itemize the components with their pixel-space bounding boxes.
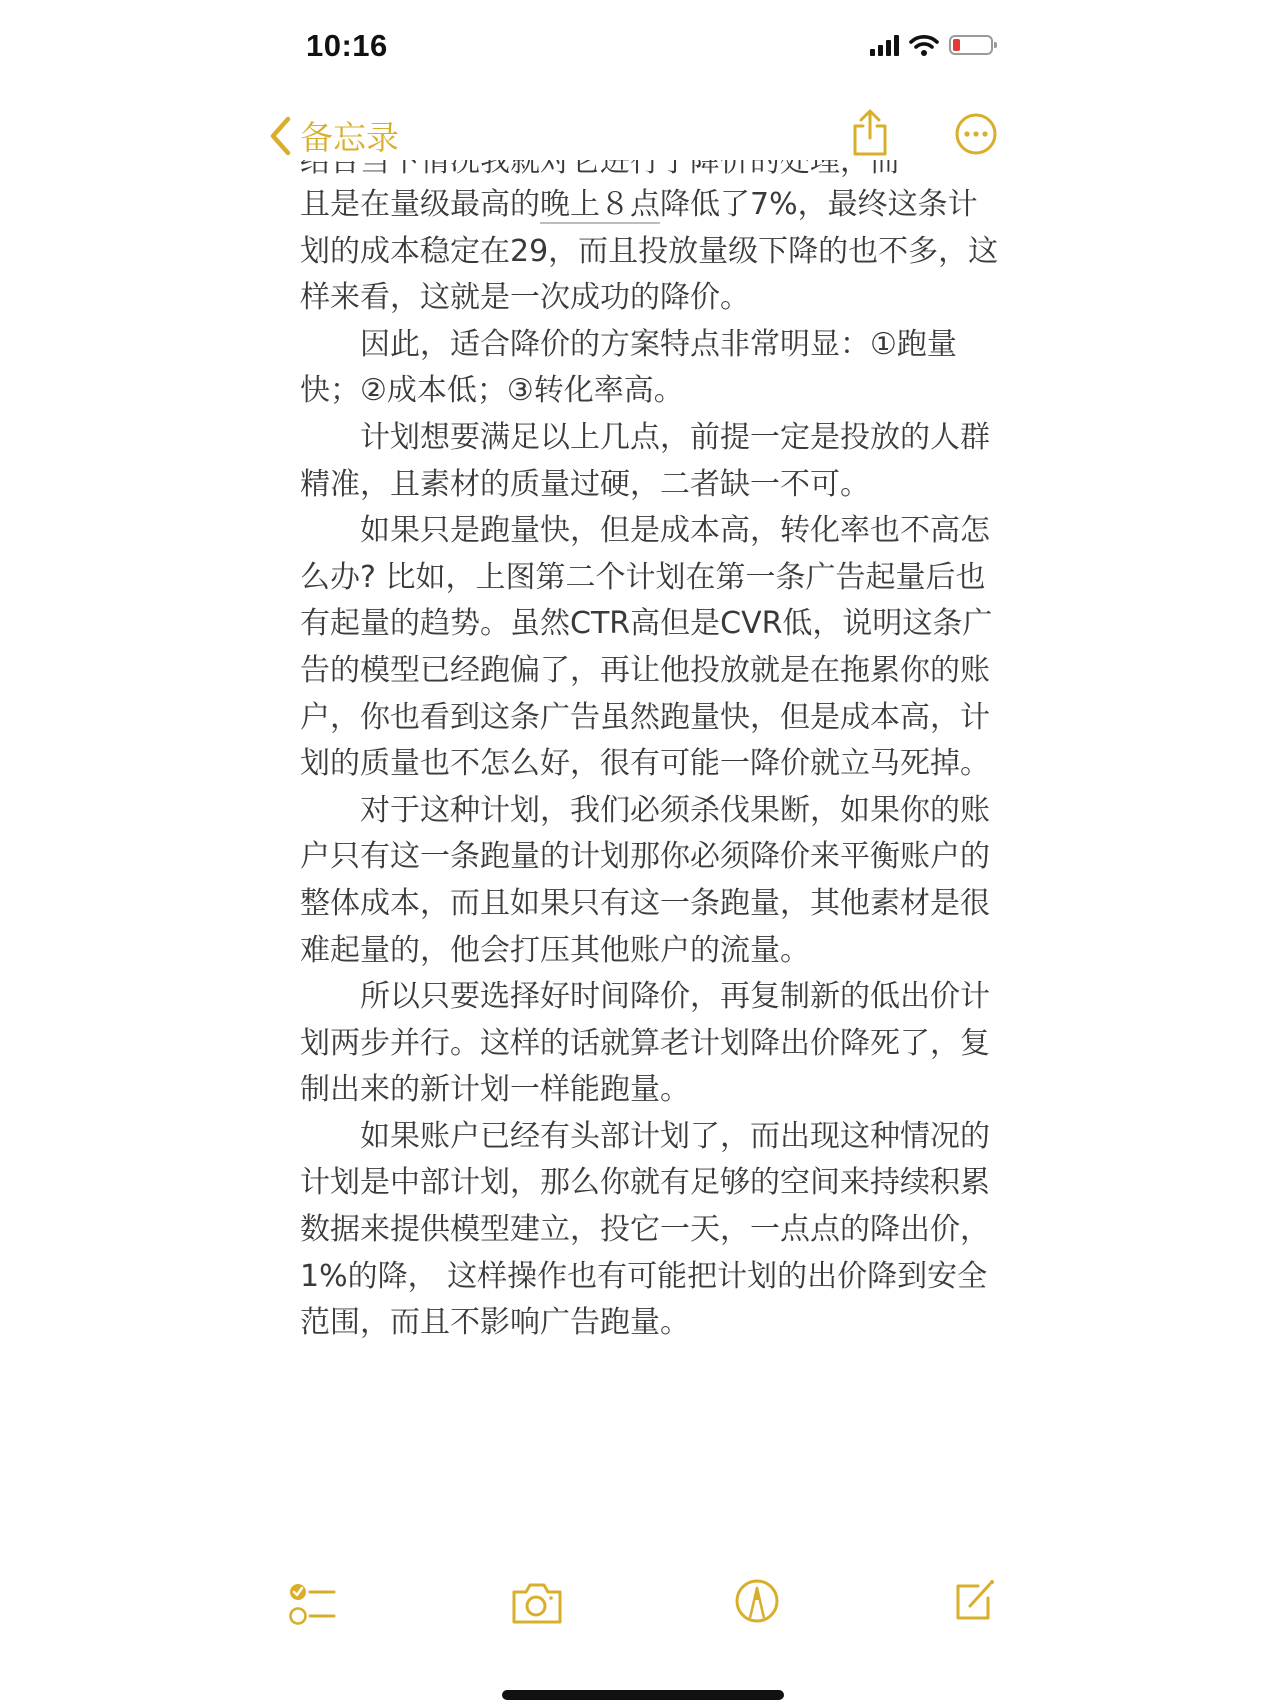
battery-icon [949,35,993,55]
note-body[interactable]: 且是在量级最高的晚上８点降低了7%，最终这条计划的成本稳定在29，而且投放量级下… [300,182,1000,1347]
paragraph: 对于这种计划，我们必须杀伐果断，如果你的账户只有这一条跑量的计划那你必须降价来平… [300,788,1000,974]
home-indicator[interactable] [502,1690,784,1700]
paragraph: 如果只是跑量快，但是成本高，转化率也不高怎么办? 比如，上图第二个计划在第一条广… [300,508,1000,788]
cellular-signal-icon [870,34,899,56]
markup-pen-icon[interactable] [734,1578,780,1624]
paragraph: 且是在量级最高的晚上８点降低了7%，最终这条计划的成本稳定在29，而且投放量级下… [300,182,1000,322]
checklist-icon[interactable] [288,1580,338,1628]
back-button[interactable]: 备忘录 [268,112,399,159]
clipped-line: 结合当下情况我就对它进行了降价的处理，而 [300,160,1000,182]
back-label: 备忘录 [300,112,399,159]
camera-icon[interactable] [510,1580,564,1626]
status-time: 10:16 [306,28,388,64]
detected-time-link[interactable]: 晚上８点 [540,187,660,224]
more-ellipsis-icon[interactable] [955,113,997,155]
paragraph: 如果账户已经有头部计划了，而出现这种情况的计划是中部计划，那么你就有足够的空间来… [300,1114,1000,1347]
paragraph: 计划想要满足以上几点，前提一定是投放的人群精准，且素材的质量过硬，二者缺一不可。 [300,415,1000,508]
compose-icon[interactable] [952,1578,998,1624]
paragraph: 因此，适合降价的方案特点非常明显：①跑量快；②成本低；③转化率高。 [300,322,1000,415]
status-indicators [870,34,993,56]
chevron-left-icon [268,116,292,156]
share-icon[interactable] [850,108,890,158]
paragraph: 所以只要选择好时间降价，再复制新的低出价计划两步并行。这样的话就算老计划降出价降… [300,974,1000,1114]
wifi-icon [909,34,939,56]
bottom-toolbar [0,1580,1280,1640]
